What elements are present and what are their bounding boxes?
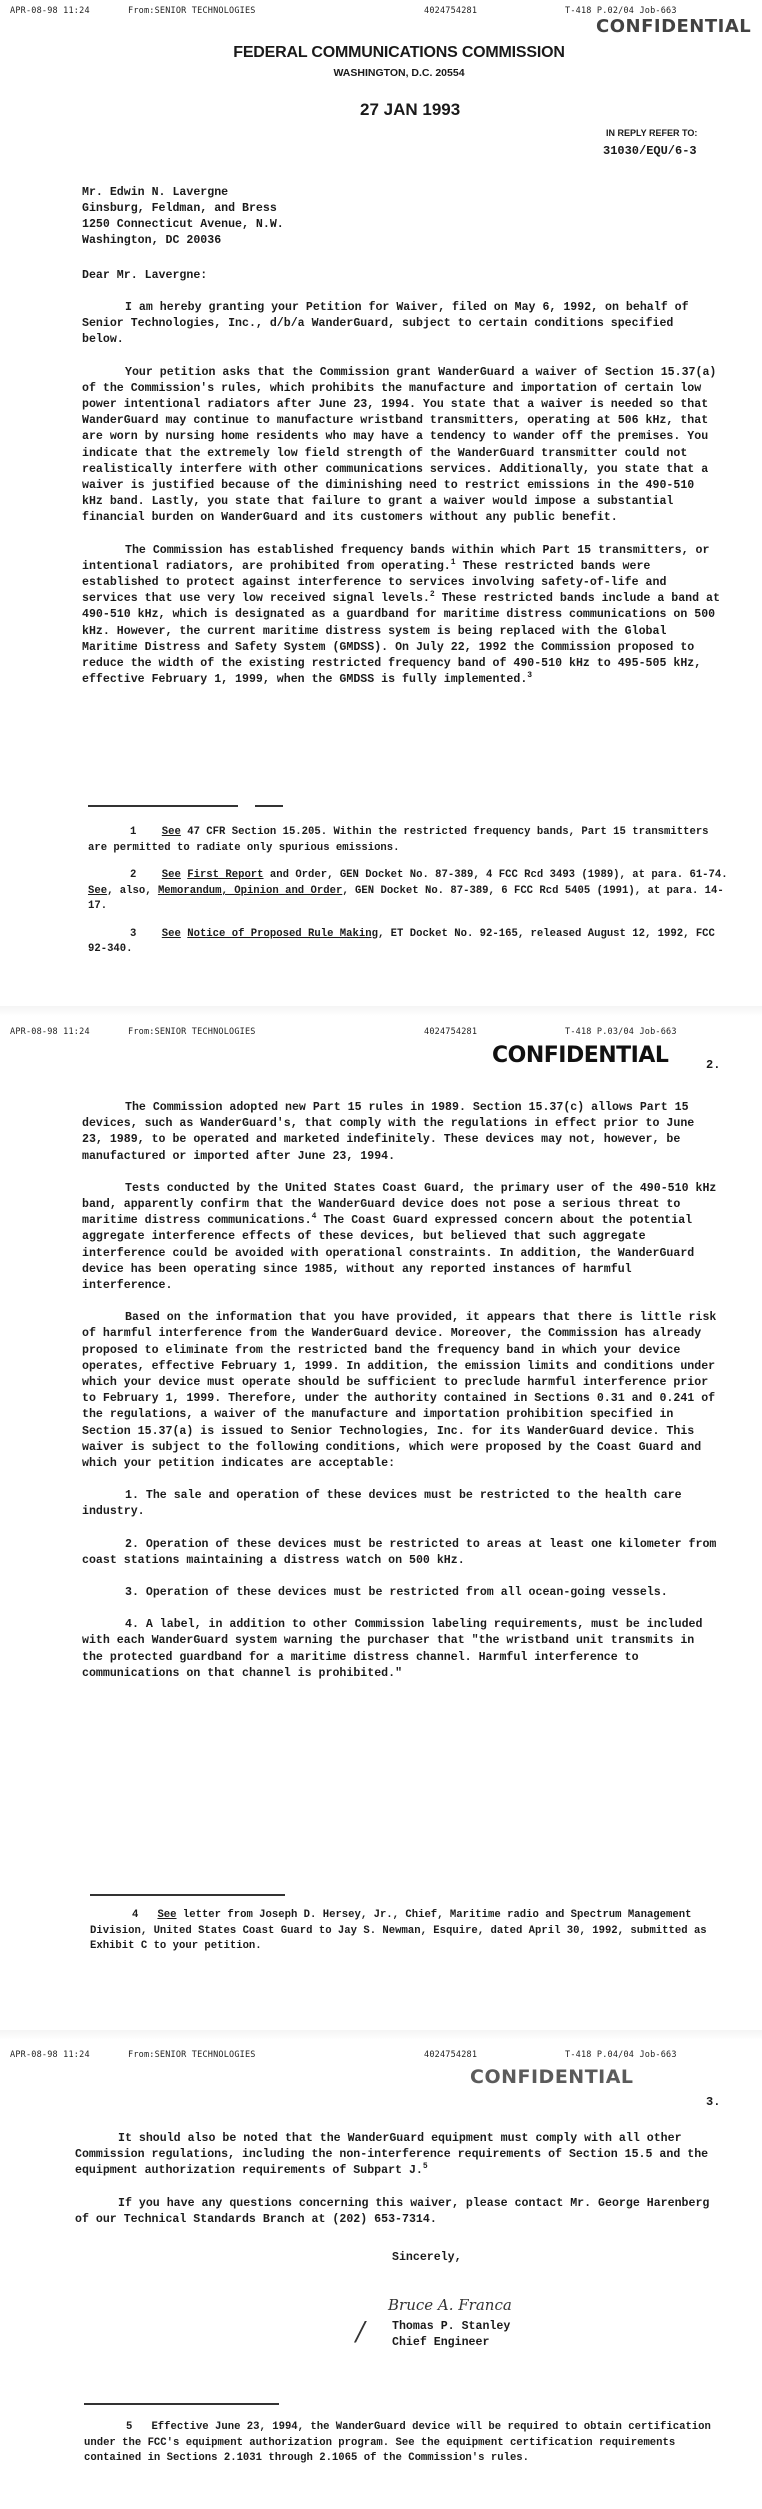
page-number: 2. xyxy=(706,1058,720,1072)
condition-item: 1. The sale and operation of these devic… xyxy=(82,1488,722,1520)
fax-phone: 4024754281 xyxy=(424,2050,477,2060)
paragraph-compliance: It should also be noted that the WanderG… xyxy=(75,2131,715,2180)
recipient-city: Washington, DC 20036 xyxy=(82,233,284,249)
reply-reference: 31030/EQU/6-3 xyxy=(603,143,697,159)
signature: Bruce A. Franca xyxy=(388,2296,512,2314)
footnote-ref-5: 5 xyxy=(423,2163,428,2172)
fax-sender: From:SENIOR TECHNOLOGIES xyxy=(128,1027,256,1037)
footnote-2: 2 See First Report and Order, GEN Docket… xyxy=(88,868,728,915)
letter-date: 27 JAN 1993 xyxy=(360,100,460,120)
confidential-stamp: CONFIDENTIAL xyxy=(596,16,751,37)
signer-name: Thomas P. Stanley xyxy=(392,2319,510,2335)
paragraph-coast-guard-tests: Tests conducted by the United States Coa… xyxy=(82,1181,722,1294)
paragraph-grant: I am hereby granting your Petition for W… xyxy=(82,300,722,349)
paragraph-waiver-issued: Based on the information that you have p… xyxy=(82,1310,722,1472)
paragraph-part15-rules: The Commission adopted new Part 15 rules… xyxy=(82,1100,722,1165)
footnotes-page-2: 4 See letter from Joseph D. Hersey, Jr.,… xyxy=(90,1908,710,1967)
footnote-4: 4 See letter from Joseph D. Hersey, Jr.,… xyxy=(90,1908,710,1955)
footnote-divider xyxy=(84,2403,279,2405)
footnote-5: 5 Effective June 23, 1994, the WanderGua… xyxy=(84,2420,724,2467)
condition-item: 4. A label, in addition to other Commiss… xyxy=(82,1617,722,1682)
footnotes-page-1: 1 See 47 CFR Section 15.205. Within the … xyxy=(88,825,728,970)
signer-title: Chief Engineer xyxy=(392,2335,489,2351)
paragraph-contact: If you have any questions concerning thi… xyxy=(75,2196,715,2228)
condition-item: 2. Operation of these devices must be re… xyxy=(82,1537,722,1569)
letter-body-page-1: I am hereby granting your Petition for W… xyxy=(82,300,722,704)
footnote-3: 3 See Notice of Proposed Rule Making, ET… xyxy=(88,927,728,958)
confidential-stamp: CONFIDENTIAL xyxy=(470,2066,634,2088)
fax-phone: 4024754281 xyxy=(424,6,477,16)
salutation: Dear Mr. Lavergne: xyxy=(82,268,207,284)
agency-address: WASHINGTON, D.C. 20554 xyxy=(0,67,762,79)
paragraph-petition-summary: Your petition asks that the Commission g… xyxy=(82,365,722,527)
recipient-address: Mr. Edwin N. Lavergne Ginsburg, Feldman,… xyxy=(82,185,284,249)
confidential-stamp: CONFIDENTIAL xyxy=(492,1043,668,1068)
agency-name: FEDERAL COMMUNICATIONS COMMISSION xyxy=(0,44,762,62)
paragraph-restricted-bands: The Commission has established frequency… xyxy=(82,543,722,689)
signed-for-mark: / xyxy=(356,2317,365,2347)
fax-job-info: T-418 P.02/04 Job-663 xyxy=(565,6,677,16)
footnote-1: 1 See 47 CFR Section 15.205. Within the … xyxy=(88,825,728,856)
closing-sincerely: Sincerely, xyxy=(392,2250,462,2266)
page-break xyxy=(0,2030,762,2040)
reply-refer-label: IN REPLY REFER TO: xyxy=(606,128,697,138)
fax-sender: From:SENIOR TECHNOLOGIES xyxy=(128,6,256,16)
footnote-divider xyxy=(88,805,238,807)
footnote-divider xyxy=(90,1894,285,1896)
footnote-ref-3: 3 xyxy=(527,671,532,680)
footnotes-page-3: 5 Effective June 23, 1994, the WanderGua… xyxy=(84,2420,724,2479)
fax-job-info: T-418 P.03/04 Job-663 xyxy=(565,1027,677,1037)
letter-body-page-3: It should also be noted that the WanderG… xyxy=(75,2131,715,2244)
page-break xyxy=(0,1006,762,1016)
fax-date-time: APR-08-98 11:24 xyxy=(10,6,90,16)
letter-body-page-2: The Commission adopted new Part 15 rules… xyxy=(82,1100,722,1698)
conditions-list: 1. The sale and operation of these devic… xyxy=(82,1488,722,1682)
fax-date-time: APR-08-98 11:24 xyxy=(10,1027,90,1037)
footnote-divider-short xyxy=(255,805,283,807)
fax-phone: 4024754281 xyxy=(424,1027,477,1037)
condition-item: 3. Operation of these devices must be re… xyxy=(82,1585,722,1601)
fax-job-info: T-418 P.04/04 Job-663 xyxy=(565,2050,677,2060)
fax-sender: From:SENIOR TECHNOLOGIES xyxy=(128,2050,256,2060)
recipient-firm: Ginsburg, Feldman, and Bress xyxy=(82,201,284,217)
recipient-name: Mr. Edwin N. Lavergne xyxy=(82,185,284,201)
fax-date-time: APR-08-98 11:24 xyxy=(10,2050,90,2060)
page-number: 3. xyxy=(706,2095,720,2109)
recipient-street: 1250 Connecticut Avenue, N.W. xyxy=(82,217,284,233)
